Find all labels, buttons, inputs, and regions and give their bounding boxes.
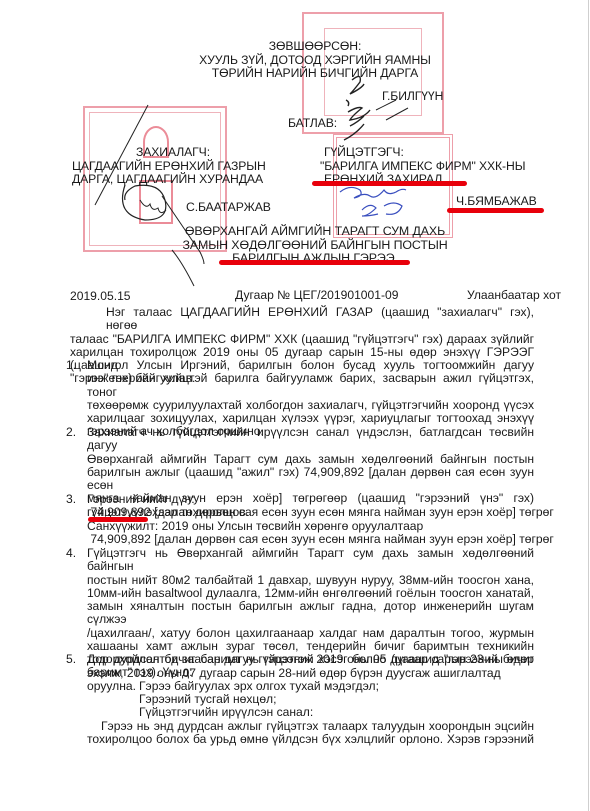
approval-block: ЗӨВШӨӨРСӨН: ХУУЛЬ ЗҮЙ, ДОТООД ХЭРГИЙН ЯА… [170,40,460,81]
clause-line: харилцааг зохицуулах, харилцан хүлээх үү… [87,412,534,425]
closing-line: тохиролцоо болох ба урьд өмнө үйлдсэн бү… [87,733,534,746]
funding-line: Санхүүжилт: 2019 оны Улсын төсвийн хөрөн… [87,520,534,533]
clause-line: Захиалагч нь гүйцэтгэгчийн ирүүлсэн сана… [87,426,534,453]
closing-line: Гэрээ нь энд дурдсан ажлыг гүйцэтгэх тал… [87,720,534,733]
funding-amount-line: 74,909,892 [далан дөрвөн сая есөн зуун е… [87,533,534,546]
highlight-total-amount [88,517,148,522]
highlight-contractor-signer [447,208,544,213]
clause-line: барилгын ажлыг (цаашид "ажил" гэх) 74,90… [87,466,534,493]
clause-line: инженерийн хийцтэй барилга байгууламж ба… [87,372,534,399]
clause-line: төхөөрөмж суурилуулахтай холбогдон захиа… [87,399,534,412]
contractor-signer: Ч.БЯМБАЖАВ [456,195,537,209]
clause-line: Гүйцэтгэгч нь Өвөрхангай аймгийн Тарагт … [87,547,534,574]
approval-signer: Г.БИЛГҮҮН [382,90,443,104]
attachment-item: Гэрээ байгуулах эрх олгох тухай мэдэгдэл… [87,680,534,693]
closing-paragraph: Гэрээ нь энд дурдсан ажлыг гүйцэтгэх тал… [87,720,534,747]
clause-line: /цахилгаан/, хатуу болон цахилгаанаар ха… [87,627,534,640]
attachment-item: Гүйцэтгэгчийн ирүүлсэн санал: [87,706,534,719]
customer-block: ЗАХИАЛАГЧ: ЦАГДААГИЙН ЕРӨНХИЙ ГАЗРЫН ДАР… [72,146,272,187]
contract-city: Улаанбаатар хот [467,289,561,302]
approval-org-line2: ТӨРИЙН НАРИЙН БИЧГИЙН ДАРГА [170,67,460,81]
clause-line: Өвөрхангай аймгийн Тарагт сум дахь замын… [87,453,534,466]
clause-line: постын нийт 80м2 талбайтай 1 давхар, шув… [87,574,534,587]
highlight-title [219,260,410,265]
clause-line: Гэрээний нийт дүн: [87,493,534,506]
highlight-contractor-title [312,181,467,186]
approval-label: ЗӨВШӨӨРСӨН: [170,40,460,54]
title-line2: ЗАМЫН ХӨДӨЛГӨӨНИЙ БАЙНГЫН ПОСТЫН [180,239,450,253]
clause-line: замын хяналтын постын барилгын ажлыг гад… [87,600,534,627]
customer-label: ЗАХИАЛАГЧ: [72,146,268,160]
clause-line: баримт" гэх). Үүнд: [87,666,534,679]
intro-line: талаас "БАРИЛГА ИМПЕКС ФИРМ" ХХК (цаашид… [70,333,534,346]
attachment-item: Гэрээний тусгай нөхцөл; [87,693,534,706]
contract-number: Дугаар № ЦЕГ/201901001-09 [235,289,398,302]
clause-number: 4. [66,547,76,560]
intro-line: Нэг талаас ЦАГДААГИЙН ЕРӨНХИЙ ГАЗАР (цаа… [70,306,534,333]
customer-line1: ЦАГДААГИЙН ЕРӨНХИЙ ГАЗРЫН [72,160,272,174]
title-line1: ӨВӨРХАНГАЙ АЙМГИЙН ТАРАГТ СУМ ДАХЬ [180,225,450,239]
confirm-label: БАТЛАВ: [288,117,337,131]
clause-line: Монгол Улсын Иргэний, барилгын болон бус… [87,359,534,372]
customer-signer: С.БААТАРЖАВ [186,201,271,215]
customer-line2: ДАРГА, ЦАГДААГИЙН ХУРАНДАА [72,173,272,187]
clause-number: 2. [66,426,76,439]
clause-line: Дор дурдсан бичиг баримт нь гэрээний хэс… [87,653,534,666]
contractor-line1: "БАРИЛГА ИМПЕКС ФИРМ" ХХК-НЫ [320,160,560,174]
clause-number: 3. [66,493,76,506]
approval-org-line1: ХУУЛЬ ЗҮЙ, ДОТООД ХЭРГИЙН ЯАМНЫ [170,54,460,68]
contract-date: 2019.05.15 [70,290,131,303]
clause-line: 10мм-ийн basaltwool дулаалга, 12мм-ийн ө… [87,587,534,600]
clause-number: 5. [66,653,76,666]
clause-number: 1. [66,359,76,372]
total-amount-line: 74,909,892 [далан дөрвөн сая есөн зуун е… [87,506,534,519]
contractor-label: ГҮЙЦЭТГЭГЧ: [320,146,560,160]
